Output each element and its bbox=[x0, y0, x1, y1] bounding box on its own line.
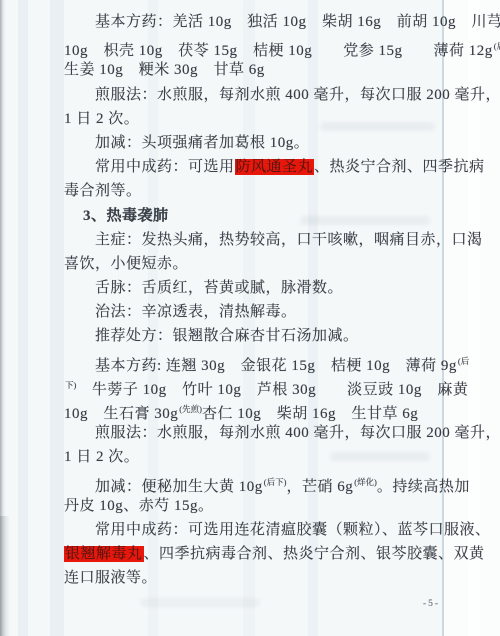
text-line: 生姜 10g 粳米 30g 甘草 6g bbox=[64, 58, 460, 82]
text-line: 毒合剂等。 bbox=[64, 179, 460, 203]
text-segment: 加减：头项强痛者加葛根 10g。 bbox=[95, 135, 309, 151]
text-segment: 毒合剂等。 bbox=[64, 183, 142, 199]
text-segment: 1 日 2 次。 bbox=[64, 111, 139, 127]
text-segment: ，芒硝 6g bbox=[286, 479, 353, 495]
scan-edge-shadow bbox=[0, 516, 10, 636]
text-segment: 、热炎宁合剂、四季抗病 bbox=[314, 159, 485, 175]
text-segment: 常用中成药：可选用 bbox=[95, 159, 235, 175]
text-segment: 喜饮，小便短赤。 bbox=[64, 256, 188, 272]
text-line: 常用中成药：可选用防风通圣丸、热炎宁合剂、四季抗病 bbox=[64, 155, 460, 179]
text-segment: 煎服法：水煎服，每剂水煎 400 毫升，每次口服 200 毫升， bbox=[95, 87, 500, 103]
text-segment: 煎服法：水煎服，每剂水煎 400 毫升，每次口服 200 毫升， bbox=[95, 425, 500, 441]
text-segment: 治法：辛凉透表，清热解毒。 bbox=[95, 304, 297, 320]
text-line: 治法：辛凉透表，清热解毒。 bbox=[64, 300, 460, 324]
scanned-document-page: 基本方药：羌活 10g 独活 10g 柴胡 16g 前胡 10g 川芎10g 枳… bbox=[0, 0, 500, 636]
decoction-note-superscript: (先煎) bbox=[179, 404, 202, 414]
highlighted-drug-name: 防风通圣丸 bbox=[235, 159, 315, 175]
text-line: 10g 生石膏 30g(先煎)杏仁 10g 柴胡 16g 生甘草 6g bbox=[64, 397, 460, 421]
scan-streak bbox=[18, 0, 28, 636]
text-line: 银翘解毒丸、四季抗病毒合剂、热炎宁合剂、银芩胶囊、双黄 bbox=[64, 542, 460, 566]
text-line: 喜饮，小便短赤。 bbox=[64, 252, 460, 276]
text-segment: 杏仁 10g 柴胡 16g 生甘草 6g bbox=[202, 406, 418, 422]
text-line: 基本方药: 连翘 30g 金银花 15g 桔梗 10g 薄荷 9g(后 bbox=[64, 349, 460, 373]
text-line: 下) 牛蒡子 10g 竹叶 10g 芦根 30g 淡豆豉 10g 麻黄 bbox=[64, 373, 460, 397]
text-segment: 。持续高热加 bbox=[377, 479, 470, 495]
text-line: 舌脉：舌质红，苔黄或腻，脉滑数。 bbox=[64, 276, 460, 300]
text-line: 加减：头项强痛者加葛根 10g。 bbox=[64, 131, 460, 155]
text-segment: 3、热毒袭肺 bbox=[83, 208, 169, 224]
text-segment: 加减：便秘加生大黄 10g bbox=[95, 479, 263, 495]
section-heading: 3、热毒袭肺 bbox=[64, 204, 460, 228]
text-line: 基本方药：羌活 10g 独活 10g 柴胡 16g 前胡 10g 川芎 bbox=[64, 10, 460, 34]
text-segment: 基本方药：羌活 10g 独活 10g 柴胡 16g 前胡 10g 川芎 bbox=[95, 14, 500, 30]
text-line: 连口服液等。 bbox=[64, 566, 460, 590]
text-segment: 、四季抗病毒合剂、热炎宁合剂、银芩胶囊、双黄 bbox=[144, 546, 485, 562]
text-segment: 1 日 2 次。 bbox=[64, 449, 139, 465]
text-segment: 基本方药: 连翘 30g 金银花 15g 桔梗 10g 薄荷 9g bbox=[95, 358, 457, 374]
text-segment: 舌脉：舌质红，苔黄或腻，脉滑数。 bbox=[95, 280, 343, 296]
text-line: 常用中成药：可选用连花清瘟胶囊（颗粒）、蓝芩口服液、 bbox=[64, 518, 460, 542]
text-segment: 10g 生石膏 30g bbox=[64, 406, 178, 422]
text-segment: 连口服液等。 bbox=[64, 570, 157, 586]
text-line: 煎服法：水煎服，每剂水煎 400 毫升，每次口服 200 毫升， bbox=[64, 83, 460, 107]
text-segment: 推荐处方：银翘散合麻杏甘石汤加减。 bbox=[95, 328, 359, 344]
decoction-note-superscript: 下) bbox=[65, 380, 76, 390]
highlighted-drug-name: 银翘解毒丸 bbox=[64, 546, 144, 562]
decoction-note-superscript: (后 bbox=[458, 356, 469, 366]
text-segment: 丹皮 10g、赤芍 15g。 bbox=[64, 498, 214, 514]
text-line: 丹皮 10g、赤芍 15g。 bbox=[64, 494, 460, 518]
text-line: 1 日 2 次。 bbox=[64, 445, 460, 469]
text-segment: 常用中成药：可选用连花清瘟胶囊（颗粒）、蓝芩口服液、 bbox=[95, 522, 491, 538]
scan-streak bbox=[50, 0, 64, 636]
document-body: 基本方药：羌活 10g 独活 10g 柴胡 16g 前胡 10g 川芎10g 枳… bbox=[64, 10, 460, 591]
text-segment: 生姜 10g 粳米 30g 甘草 6g bbox=[64, 62, 265, 78]
decoction-note-superscript: (后下) bbox=[494, 41, 500, 51]
bleed-through-ghost bbox=[140, 598, 260, 607]
page-number: -5- bbox=[423, 599, 440, 609]
text-segment: 10g 枳壳 10g 茯苓 15g 桔梗 10g 党参 15g 薄荷 12g bbox=[64, 43, 493, 59]
text-line: 1 日 2 次。 bbox=[64, 107, 460, 131]
text-line: 加减：便秘加生大黄 10g(后下)，芒硝 6g(烊化)。持续高热加 bbox=[64, 470, 460, 494]
text-line: 推荐处方：银翘散合麻杏甘石汤加减。 bbox=[64, 324, 460, 348]
text-segment: 牛蒡子 10g 竹叶 10g 芦根 30g 淡豆豉 10g 麻黄 bbox=[76, 382, 468, 398]
scan-edge-shadow bbox=[0, 0, 6, 636]
text-segment: 主症：发热头痛，热势较高，口干咳嗽，咽痛目赤，口渴 bbox=[95, 232, 483, 248]
text-line: 煎服法：水煎服，每剂水煎 400 毫升，每次口服 200 毫升， bbox=[64, 421, 460, 445]
text-line: 10g 枳壳 10g 茯苓 15g 桔梗 10g 党参 15g 薄荷 12g(后… bbox=[64, 34, 460, 58]
decoction-note-superscript: (后下) bbox=[264, 477, 287, 487]
decoction-note-superscript: (烊化) bbox=[354, 477, 377, 487]
text-line: 主症：发热头痛，热势较高，口干咳嗽，咽痛目赤，口渴 bbox=[64, 228, 460, 252]
